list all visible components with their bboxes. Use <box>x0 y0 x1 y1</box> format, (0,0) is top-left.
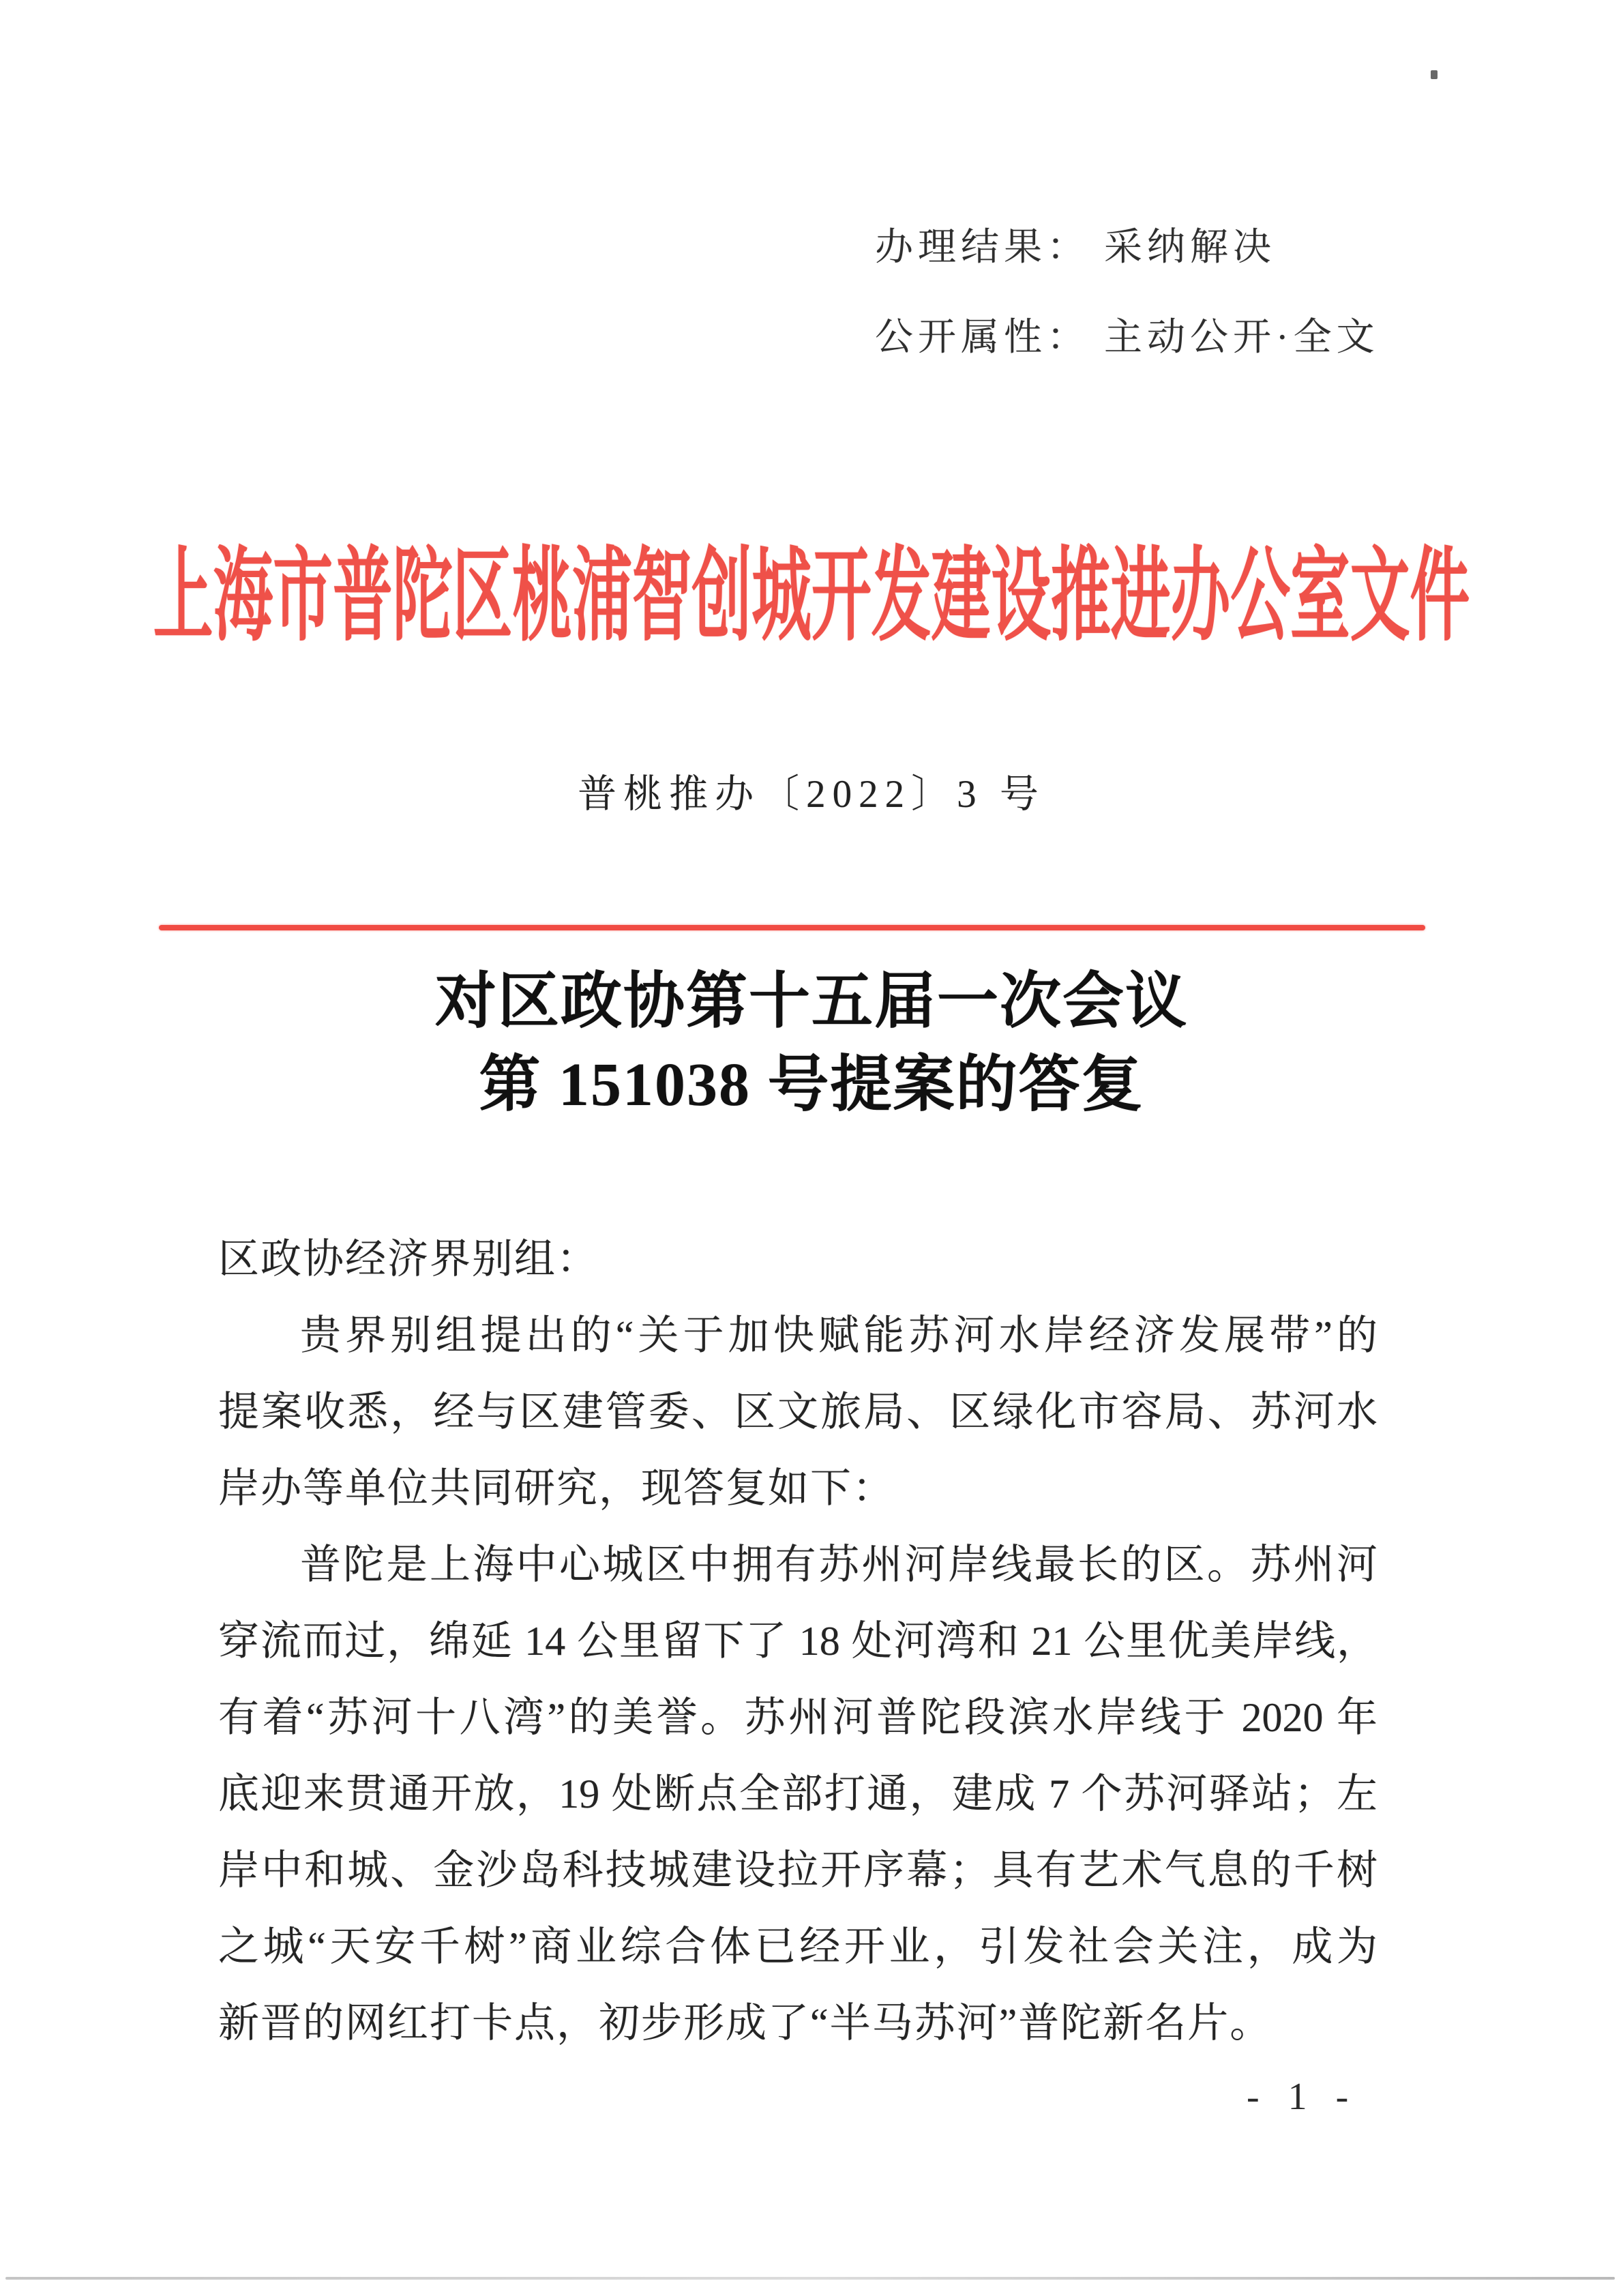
document-page: 办理结果： 采纳解决 公开属性： 主动公开·全文 上海市普陀区桃浦智创城开发建设… <box>0 0 1623 2296</box>
body-line: 有着“苏河十八湾”的美誉。苏州河普陀段滨水岸线于 2020 年 <box>218 1679 1378 1756</box>
red-separator-rule <box>159 925 1425 930</box>
body-line: 岸中和城、金沙岛科技城建设拉开序幕；具有艺术气息的千树 <box>218 1832 1378 1909</box>
body-line: 穿流而过，绵延 14 公里留下了 18 处河湾和 21 公里优美岸线， <box>218 1603 1378 1679</box>
page-number: - 1 - <box>1247 2075 1358 2119</box>
letterhead-org-title: 上海市普陀区桃浦智创城开发建设推进办公室文件 <box>153 539 1470 655</box>
body-line: 岸办等单位共同研究，现答复如下： <box>218 1450 1378 1527</box>
scan-edge-artifact <box>5 2277 1615 2280</box>
subject-heading: 对区政协第十五届一次会议 第 151038 号提案的答复 <box>0 960 1623 1127</box>
body-line: 提案收悉，经与区建管委、区文旅局、区绿化市容局、苏河水 <box>218 1374 1378 1450</box>
subject-heading-line2: 第 151038 号提案的答复 <box>0 1044 1623 1127</box>
body-line: 普陀是上海中心城区中拥有苏州河岸线最长的区。苏州河 <box>218 1527 1378 1603</box>
body-text: 区政协经济界别组： 贵界别组提出的“关于加快赋能苏河水岸经济发展带”的 提案收悉… <box>218 1221 1378 2061</box>
document-number: 普桃推办〔2022〕3 号 <box>0 763 1623 819</box>
body-line-salutation: 区政协经济界别组： <box>218 1221 1378 1297</box>
meta-block: 办理结果： 采纳解决 公开属性： 主动公开·全文 <box>875 203 1380 383</box>
body-line: 之城“天安千树”商业综合体已经开业，引发社会关注，成为 <box>218 1909 1378 1985</box>
body-line: 底迎来贯通开放，19 处断点全部打通，建成 7 个苏河驿站；左 <box>218 1756 1378 1832</box>
subject-heading-line1: 对区政协第十五届一次会议 <box>0 960 1623 1044</box>
body-line: 新晋的网红打卡点，初步形成了“半马苏河”普陀新名片。 <box>218 1985 1378 2061</box>
scan-speck-artifact <box>1431 70 1438 79</box>
handling-result-line: 办理结果： 采纳解决 <box>875 203 1380 293</box>
publicity-line: 公开属性： 主动公开·全文 <box>875 293 1380 383</box>
body-line: 贵界别组提出的“关于加快赋能苏河水岸经济发展带”的 <box>218 1297 1378 1374</box>
